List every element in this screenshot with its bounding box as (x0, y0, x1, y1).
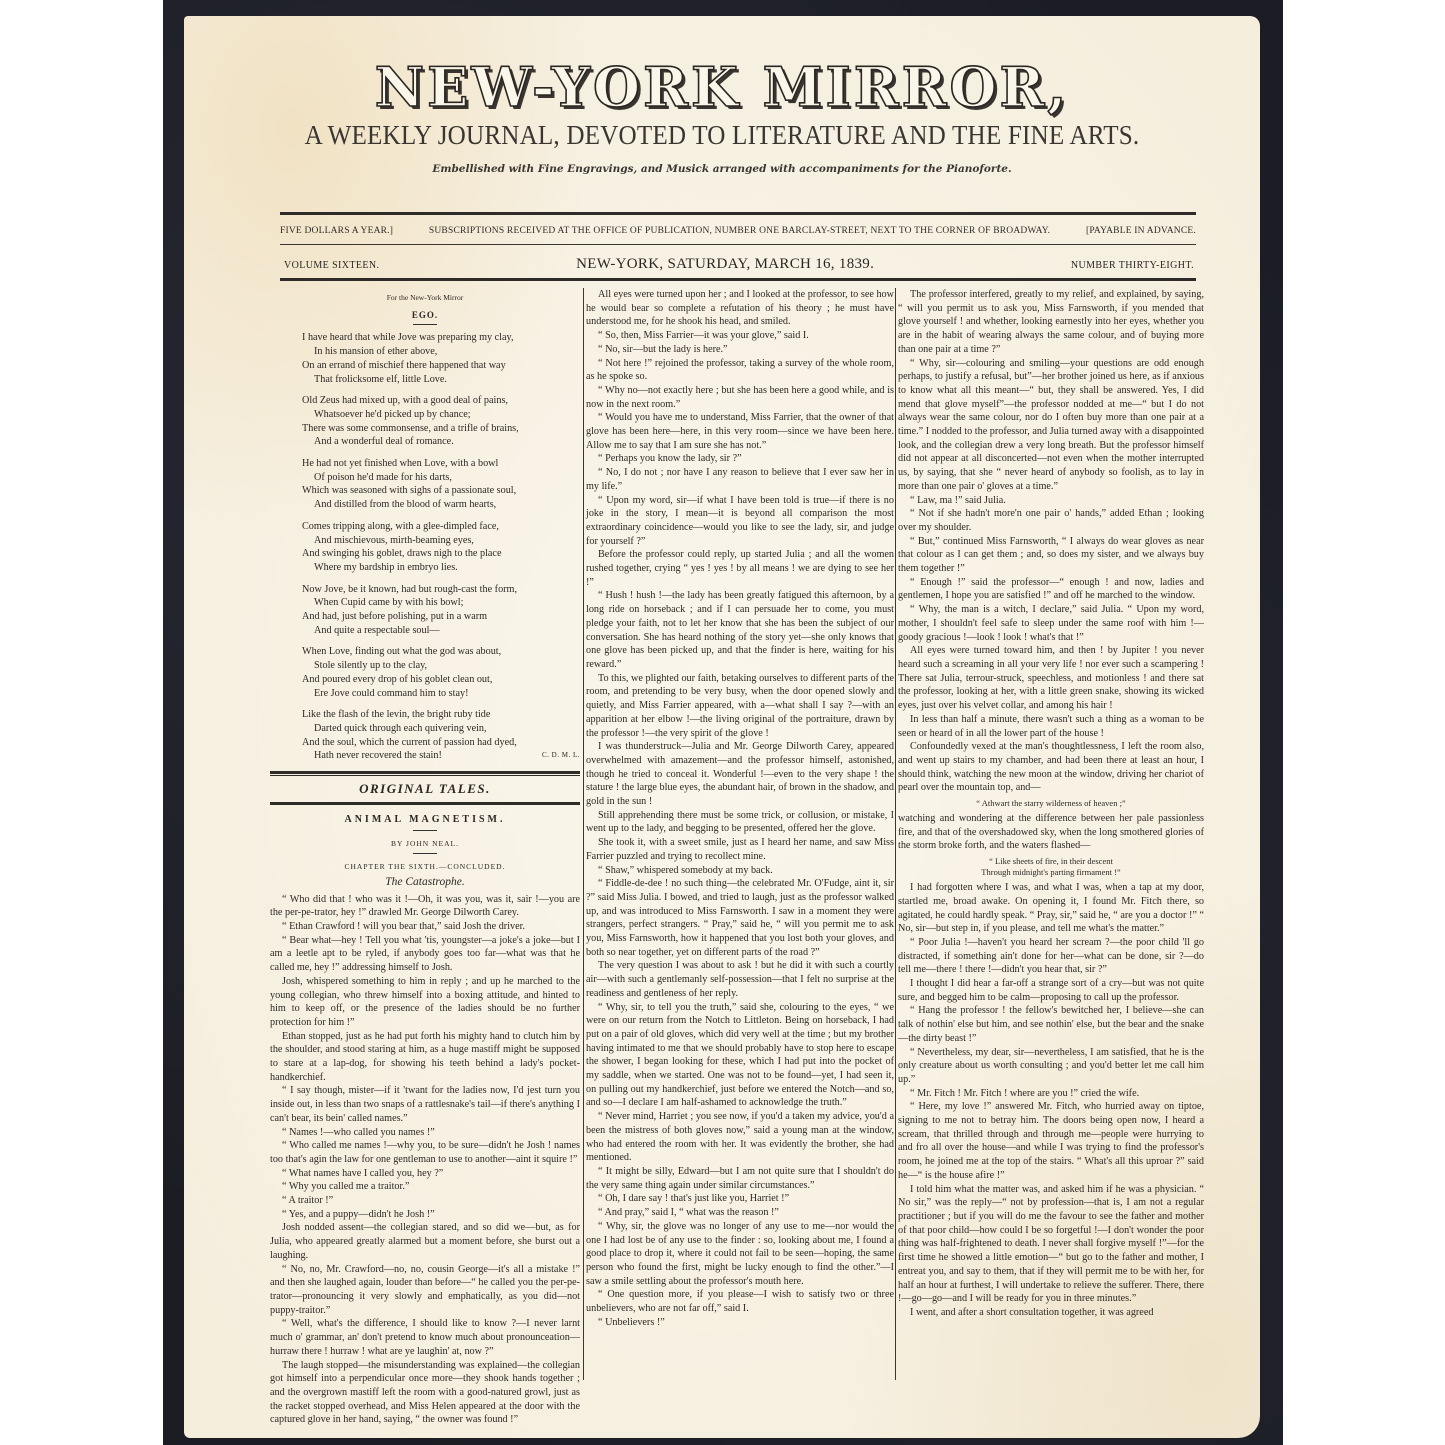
paragraph: “ It might be silly, Edward—but I am not… (586, 1165, 894, 1192)
paragraph: “ One question more, if you please—I wis… (586, 1288, 894, 1315)
price-label: FIVE DOLLARS A YEAR.] (280, 226, 393, 236)
column-3: The professor interfered, greatly to my … (898, 288, 1204, 1320)
paragraph: watching and wondering at the difference… (898, 812, 1204, 853)
embellishment-line: Embellished with Fine Engravings, and Mu… (184, 163, 1260, 175)
poem-line: When Cupid came by with his bowl; (302, 596, 580, 610)
poem-stanza: Like the flash of the levin, the bright … (302, 708, 580, 763)
paragraph: To this, we plighted our faith, betaking… (586, 672, 894, 741)
paragraph: The professor interfered, greatly to my … (898, 288, 1204, 357)
paragraph: “ Why, sir—colouring and smiling—your qu… (898, 357, 1204, 494)
paragraph: “ Hang the professor ! the fellow's bewi… (898, 1004, 1204, 1045)
paragraph: “ Upon my word, sir—if what I have been … (586, 494, 894, 549)
verse-line: “ Like sheets of fire, in their descent (898, 856, 1204, 867)
issue-date: NEW-YORK, SATURDAY, MARCH 16, 1839. (576, 256, 874, 273)
newspaper-page: NEW-YORK MIRROR, A WEEKLY JOURNAL, DEVOT… (184, 16, 1260, 1438)
poem-line: That frolicksome elf, little Love. (302, 373, 580, 387)
paragraph: All eyes were turned toward him, and the… (898, 644, 1204, 713)
poem-line: I have heard that while Jove was prepari… (302, 331, 580, 345)
verse-quote-1: “ Athwart the starry wilderness of heave… (898, 798, 1204, 809)
paragraph: Confoundedly vexed at the man's thoughtl… (898, 740, 1204, 795)
paragraph: “ Perhaps you know the lady, sir ?” (586, 452, 894, 466)
paragraph: “ Why, the man is a witch, I declare,” s… (898, 603, 1204, 644)
paragraph: “ A traitor !” (270, 1194, 580, 1208)
paragraph: “ Nevertheless, my dear, sir—nevertheles… (898, 1046, 1204, 1087)
paragraph: All eyes were turned upon her ; and I lo… (586, 288, 894, 329)
poem-line: Which was seasoned with sighs of a passi… (302, 484, 580, 498)
poem-line: Ere Jove could command him to stay! (302, 687, 580, 701)
volume-label: VOLUME SIXTEEN. (284, 260, 379, 271)
paragraph: “ Mr. Fitch ! Mr. Fitch ! where are you … (898, 1087, 1204, 1101)
poem-signature: C. D. M. L. (542, 749, 580, 763)
paragraph: The laugh stopped—the misunderstanding w… (270, 1359, 580, 1428)
poem-line: And distilled from the blood of warm hea… (302, 498, 580, 512)
poem-stanza: Comes tripping along, with a glee-dimple… (302, 520, 580, 575)
paragraph: “ Why, sir, to tell you the truth,” said… (586, 1001, 894, 1111)
paragraph: “ Fiddle-de-dee ! no such thing—the cele… (586, 877, 894, 959)
paragraph: “ But,” continued Miss Farnsworth, “ I a… (898, 535, 1204, 576)
poem-line: Where my bardship in embryo lies. (302, 561, 580, 575)
paragraph: “ I say though, mister—if it 'twant for … (270, 1084, 580, 1125)
paragraph: “ What names have I called you, hey ?” (270, 1167, 580, 1181)
dateline: VOLUME SIXTEEN. NEW-YORK, SATURDAY, MARC… (284, 256, 1194, 273)
paragraph: “ Shaw,” whispered somebody at my back. (586, 864, 894, 878)
payment-terms: [PAYABLE IN ADVANCE. (1086, 226, 1196, 236)
subscription-info: SUBSCRIPTIONS RECEIVED AT THE OFFICE OF … (429, 226, 1050, 236)
poem-title-rule (413, 324, 437, 325)
newspaper-subtitle: A WEEKLY JOURNAL, DEVOTED TO LITERATURE … (222, 120, 1223, 151)
poem-line: In his mansion of ether above, (302, 345, 580, 359)
paragraph: “ Who did that ! who was it !—Oh, it was… (270, 893, 580, 920)
story-text-col3-a: The professor interfered, greatly to my … (898, 288, 1204, 795)
poem-line: Comes tripping along, with a glee-dimple… (302, 520, 580, 534)
issue-number: NUMBER THIRTY-EIGHT. (1071, 260, 1194, 271)
paragraph: Still apprehending there must be some tr… (586, 809, 894, 836)
paragraph: In less than half a minute, there wasn't… (898, 713, 1204, 740)
section-heading: ORIGINAL TALES. (270, 782, 580, 796)
paragraph: “ Would you have me to understand, Miss … (586, 411, 894, 452)
verse-line: Through midnight's parting firmament !” (898, 867, 1204, 878)
paragraph: “ Law, ma !” said Julia. (898, 494, 1204, 508)
poem-stanza: I have heard that while Jove was prepari… (302, 331, 580, 386)
poem-line: Hath never recovered the stain!C. D. M. … (302, 749, 580, 763)
byline-rule (413, 853, 437, 854)
story-title: ANIMAL MAGNETISM. (270, 813, 580, 827)
chapter-subtitle: The Catastrophe. (270, 876, 580, 890)
poem-line: And the soul, which the current of passi… (302, 736, 580, 750)
paragraph: “ Well, what's the difference, I should … (270, 1317, 580, 1358)
chapter-heading: CHAPTER THE SIXTH.—CONCLUDED. (270, 860, 580, 874)
story-byline: BY JOHN NEAL. (270, 837, 580, 851)
paragraph: I went, and after a short consultation t… (898, 1306, 1204, 1320)
column-1: For the New-York Mirror EGO. I have hear… (270, 288, 580, 1427)
poem-line: On an errand of mischief there happened … (302, 359, 580, 373)
newspaper-title: NEW-YORK MIRROR, (184, 56, 1260, 118)
paragraph: “ Not here !” rejoined the professor, ta… (586, 357, 894, 384)
story-title-rule (413, 830, 437, 831)
paragraph: “ Hush ! hush !—the lady has been greatl… (586, 589, 894, 671)
poem-line: And had, just before polishing, put in a… (302, 610, 580, 624)
poem-line: Stole silently up to the clay, (302, 659, 580, 673)
subscription-line: FIVE DOLLARS A YEAR.] SUBSCRIPTIONS RECE… (280, 226, 1196, 236)
paragraph: The very question I was about to ask ! b… (586, 959, 894, 1000)
poem-stanza: Old Zeus had mixed up, with a good deal … (302, 394, 580, 449)
poem-line: Of poison he'd made for his darts, (302, 471, 580, 485)
paragraph: “ Not if she hadn't more'n one pair o' h… (898, 507, 1204, 534)
poem-line: When Love, finding out what the god was … (302, 645, 580, 659)
poem-line: Now Jove, be it known, had but rough-cas… (302, 583, 580, 597)
paragraph: “ Never mind, Harriet ; you see now, if … (586, 1110, 894, 1165)
poem-kicker: For the New-York Mirror (270, 291, 580, 305)
paragraph: “ No, I do not ; nor have I any reason t… (586, 466, 894, 493)
paragraph: I was thunderstruck—Julia and Mr. George… (586, 740, 894, 809)
paragraph: I told him what the matter was, and aske… (898, 1183, 1204, 1306)
poem-stanza: He had not yet finished when Love, with … (302, 457, 580, 512)
dateline-rule (280, 278, 1196, 281)
verse-quote-2: “ Like sheets of fire, in their descentT… (898, 856, 1204, 878)
paragraph: “ No, sir—but the lady is here.” (586, 343, 894, 357)
poem-line: Whatsoever he'd picked up by chance; (302, 408, 580, 422)
paragraph: “ Why you called me a traitor.” (270, 1180, 580, 1194)
section-rule (270, 802, 580, 805)
poem-line: And quite a respectable soul— (302, 624, 580, 638)
column-2: All eyes were turned upon her ; and I lo… (586, 288, 894, 1329)
paragraph: I thought I did hear a far-off a strange… (898, 977, 1204, 1004)
column-divider-2 (895, 288, 896, 1380)
poem-stanza: Now Jove, be it known, had but rough-cas… (302, 583, 580, 638)
paragraph: “ Ethan Crawford ! will you bear that,” … (270, 920, 580, 934)
paragraph: “ No, no, Mr. Crawford—no, no, cousin Ge… (270, 1263, 580, 1318)
poem-line: And a wonderful deal of romance. (302, 435, 580, 449)
paragraph: She took it, with a sweet smile, just as… (586, 836, 894, 863)
poem-line: He had not yet finished when Love, with … (302, 457, 580, 471)
poem-line: And mischievous, mirth-beaming eyes, (302, 534, 580, 548)
paragraph: “ Why no—not exactly here ; but she has … (586, 384, 894, 411)
story-text-col3-b: I had forgotten where I was, and what I … (898, 881, 1204, 1320)
poem-body: I have heard that while Jove was prepari… (270, 331, 580, 763)
poem-stanza: When Love, finding out what the god was … (302, 645, 580, 700)
paragraph: Josh, whispered something to him in repl… (270, 975, 580, 1030)
paragraph: “ And pray,” said I, “ what was the reas… (586, 1206, 894, 1220)
paragraph: “ Who called me names !—why you, to be s… (270, 1139, 580, 1166)
story-text-col1: “ Who did that ! who was it !—Oh, it was… (270, 893, 580, 1427)
paragraph: “ Names !—who called you names !” (270, 1126, 580, 1140)
paragraph: “ Why, sir, the glove was no longer of a… (586, 1220, 894, 1289)
paragraph: Ethan stopped, just as he had put forth … (270, 1030, 580, 1085)
paragraph: “ Poor Julia !—haven't you heard her scr… (898, 936, 1204, 977)
paragraph: Josh nodded assent—the collegian stared,… (270, 1221, 580, 1262)
paragraph: I had forgotten where I was, and what I … (898, 881, 1204, 936)
paragraph: Before the professor could reply, up sta… (586, 548, 894, 589)
paragraph: “ Here, my love !” answered Mr. Fitch, w… (898, 1100, 1204, 1182)
poem-line: Like the flash of the levin, the bright … (302, 708, 580, 722)
column-divider-1 (583, 288, 584, 1380)
masthead: NEW-YORK MIRROR, A WEEKLY JOURNAL, DEVOT… (184, 56, 1260, 175)
masthead-rule (280, 212, 1196, 215)
paragraph: “ So, then, Miss Farrier—it was your glo… (586, 329, 894, 343)
poem-line: And swinging his goblet, draws nigh to t… (302, 547, 580, 561)
paragraph: “ Enough !” said the professor—“ enough … (898, 576, 1204, 603)
poem-end-rule (270, 771, 580, 774)
poem-line: There was some commonsense, and a trifle… (302, 422, 580, 436)
subscription-rule (280, 244, 1196, 245)
poem-line: Darted quick through each quivering vein… (302, 722, 580, 736)
poem-line: Old Zeus had mixed up, with a good deal … (302, 394, 580, 408)
poem-end-rule-thin (270, 775, 580, 776)
paragraph: “ Oh, I dare say ! that's just like you,… (586, 1192, 894, 1206)
paragraph: “ Unbelievers !” (586, 1316, 894, 1330)
poem-title: EGO. (270, 309, 580, 323)
poem-line: And poured every drop of his goblet clea… (302, 673, 580, 687)
paragraph: “ Bear what—hey ! Tell you what 'tis, yo… (270, 934, 580, 975)
paragraph: “ Yes, and a puppy—didn't he Josh !” (270, 1208, 580, 1222)
